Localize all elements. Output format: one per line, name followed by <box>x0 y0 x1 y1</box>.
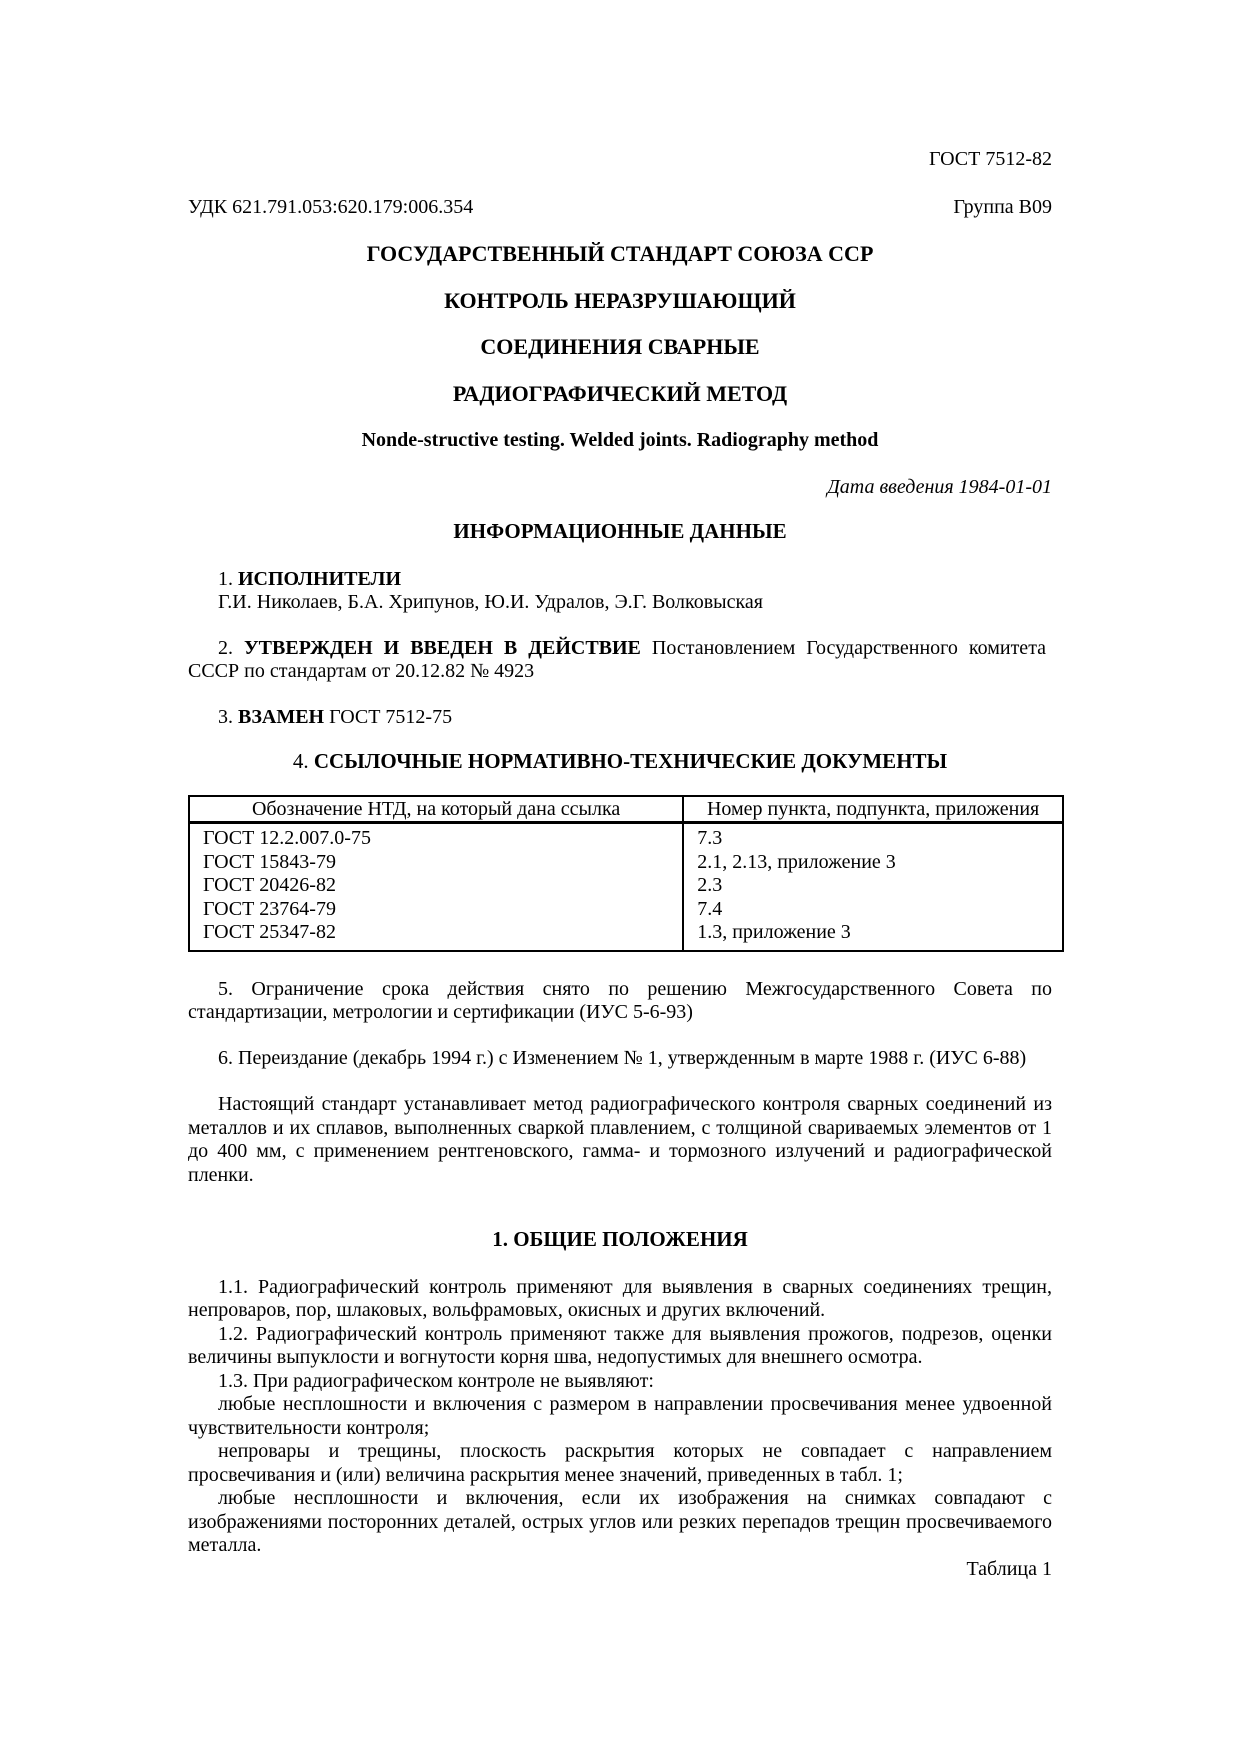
info-item-3-number: 3. <box>218 706 238 728</box>
clause-1-1: 1.1. Радиографический контроль применяют… <box>188 1276 1052 1323</box>
items-cell: 2.1, 2.13, приложение 3 <box>683 851 1063 875</box>
ntd-cell: ГОСТ 23764-79 <box>189 898 683 922</box>
info-item-2: 2. УТВЕРЖДЕН И ВВЕДЕН В ДЕЙСТВИЕ Постано… <box>188 637 1052 684</box>
udk-group-row: УДК 621.791.053:620.179:006.354 Группа В… <box>188 196 1052 220</box>
info-item-1-text: Г.И. Николаев, Б.А. Хрипунов, Ю.И. Удрал… <box>188 591 1052 615</box>
title-method: РАДИОГРАФИЧЕСКИЙ МЕТОД <box>188 382 1052 406</box>
clause-1-2: 1.2. Радиографический контроль применяют… <box>188 1323 1052 1370</box>
table-header: Обозначение НТД, на который дана ссылка … <box>189 796 1063 823</box>
document-page: ГОСТ 7512-82 УДК 621.791.053:620.179:006… <box>0 0 1240 1755</box>
info-item-4-heading: 4. ССЫЛОЧНЫЕ НОРМАТИВНО-ТЕХНИЧЕСКИЕ ДОКУ… <box>188 750 1052 774</box>
table-header-row: Обозначение НТД, на который дана ссылка … <box>189 796 1063 823</box>
info-item-2-title: УТВЕРЖДЕН И ВВЕДЕН В ДЕЙСТВИЕ <box>244 637 641 659</box>
column-header-ntd: Обозначение НТД, на который дана ссылка <box>189 796 683 823</box>
ntd-cell: ГОСТ 15843-79 <box>189 851 683 875</box>
info-item-4-title: ССЫЛОЧНЫЕ НОРМАТИВНО-ТЕХНИЧЕСКИЕ ДОКУМЕН… <box>314 749 947 773</box>
info-item-2-line2: СССР по стандартам от 20.12.82 № 4923 <box>188 660 534 682</box>
info-item-4-number: 4. <box>293 749 314 773</box>
table-row: ГОСТ 15843-79 2.1, 2.13, приложение 3 <box>189 851 1063 875</box>
group-code: Группа В09 <box>953 196 1052 220</box>
section-1-title: ОБЩИЕ ПОЛОЖЕНИЯ <box>513 1227 748 1251</box>
reference-documents-table: Обозначение НТД, на который дана ссылка … <box>188 795 1064 952</box>
effective-date: Дата введения 1984-01-01 <box>188 476 1052 500</box>
info-item-5-text: 5. Ограничение срока действия снято по р… <box>188 978 1052 1025</box>
ntd-cell: ГОСТ 20426-82 <box>189 874 683 898</box>
info-item-3-title: ВЗАМЕН <box>238 706 324 728</box>
clause-1-3-item-2: непровары и трещины, плоскость раскрытия… <box>188 1440 1052 1487</box>
items-cell: 1.3, приложение 3 <box>683 921 1063 951</box>
section-1-heading: 1. ОБЩИЕ ПОЛОЖЕНИЯ <box>188 1228 1052 1252</box>
udk-code: УДК 621.791.053:620.179:006.354 <box>188 196 473 220</box>
doc-number: ГОСТ 7512-82 <box>188 148 1052 172</box>
clause-1-3: 1.3. При радиографическом контроле не вы… <box>188 1370 1052 1394</box>
info-item-1-number: 1. <box>218 568 238 590</box>
info-item-1-title: ИСПОЛНИТЕЛИ <box>238 568 401 590</box>
table-row: ГОСТ 25347-82 1.3, приложение 3 <box>189 921 1063 951</box>
info-item-2-number: 2. <box>218 637 244 659</box>
scope-paragraph: Настоящий стандарт устанавливает метод р… <box>188 1093 1052 1187</box>
info-item-3-rest: ГОСТ 7512-75 <box>324 706 452 728</box>
info-item-6-text: 6. Переиздание (декабрь 1994 г.) с Измен… <box>188 1047 1052 1071</box>
title-joints: СОЕДИНЕНИЯ СВАРНЫЕ <box>188 335 1052 359</box>
section-1-number: 1. <box>492 1227 513 1251</box>
table-row: ГОСТ 12.2.007.0-75 7.3 <box>189 823 1063 851</box>
info-item-3: 3. ВЗАМЕН ГОСТ 7512-75 <box>188 706 1052 730</box>
clause-1-3-item-1: любые несплошности и включения с размеро… <box>188 1393 1052 1440</box>
items-cell: 2.3 <box>683 874 1063 898</box>
table-1-caption: Таблица 1 <box>188 1558 1052 1582</box>
ntd-cell: ГОСТ 12.2.007.0-75 <box>189 823 683 851</box>
items-cell: 7.4 <box>683 898 1063 922</box>
items-cell: 7.3 <box>683 823 1063 851</box>
table-row: ГОСТ 23764-79 7.4 <box>189 898 1063 922</box>
title-english: Nonde-structive testing. Welded joints. … <box>188 429 1052 453</box>
info-data-heading: ИНФОРМАЦИОННЫЕ ДАННЫЕ <box>188 520 1052 544</box>
info-item-2-rest: Постановлением Государственного комитета <box>641 637 1046 659</box>
column-header-items: Номер пункта, подпункта, приложения <box>683 796 1063 823</box>
ntd-cell: ГОСТ 25347-82 <box>189 921 683 951</box>
info-item-2-line1: 2. УТВЕРЖДЕН И ВВЕДЕН В ДЕЙСТВИЕ Постано… <box>218 637 1046 659</box>
table-row: ГОСТ 20426-82 2.3 <box>189 874 1063 898</box>
info-item-1: 1. ИСПОЛНИТЕЛИ <box>188 568 1052 592</box>
title-control: КОНТРОЛЬ НЕРАЗРУШАЮЩИЙ <box>188 289 1052 313</box>
clause-1-3-item-3: любые несплошности и включения, если их … <box>188 1487 1052 1558</box>
title-standard: ГОСУДАРСТВЕННЫЙ СТАНДАРТ СОЮЗА ССР <box>188 242 1052 266</box>
